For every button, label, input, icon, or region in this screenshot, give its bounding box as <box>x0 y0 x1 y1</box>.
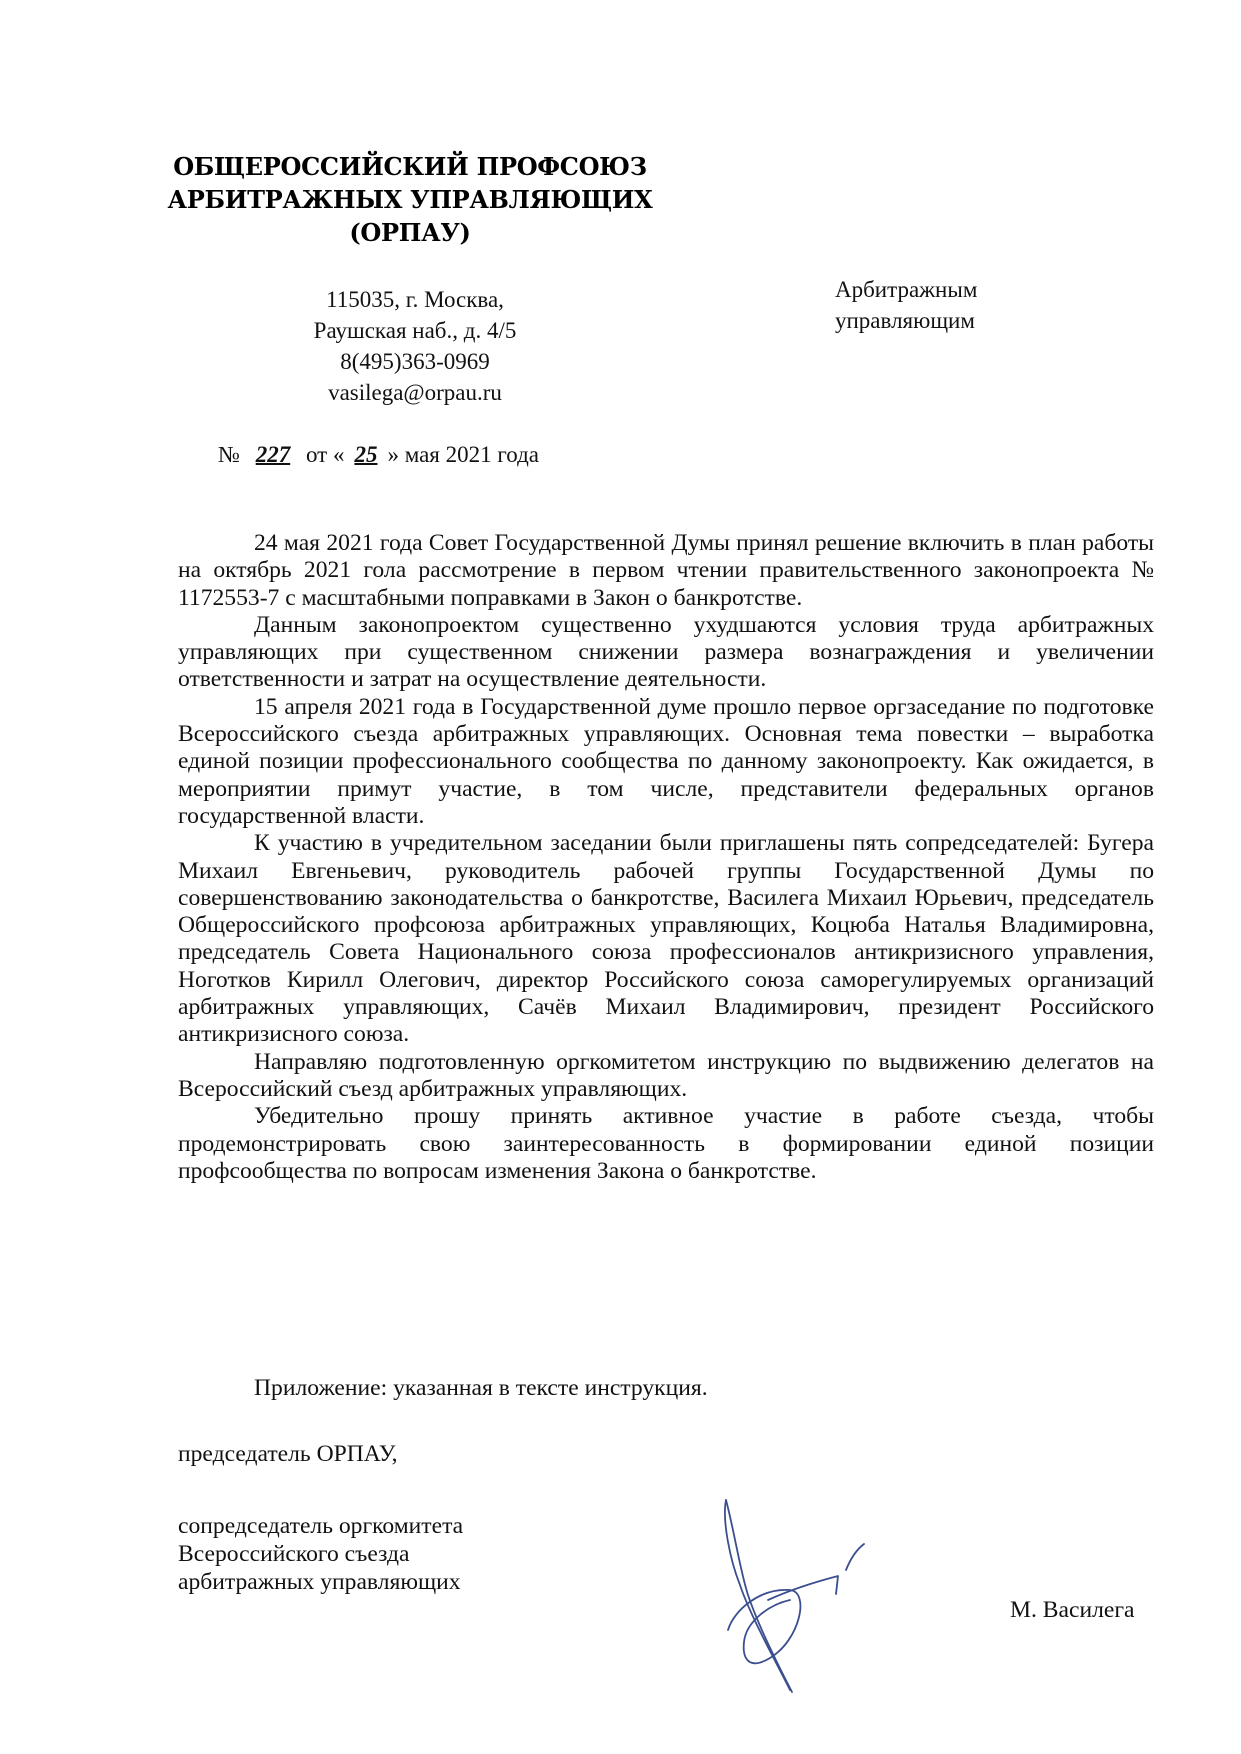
recipient-block: Арбитражным управляющим <box>835 274 1055 336</box>
attachment-note: Приложение: указанная в тексте инструкци… <box>254 1374 708 1402</box>
recipient-line: Арбитражным <box>835 274 1055 305</box>
organization-address: 115035, г. Москва, Раушская наб., д. 4/5… <box>230 284 600 408</box>
email-address: vasilega@orpau.ru <box>230 377 600 408</box>
document-day: 25 <box>344 442 387 467</box>
body-paragraph: Данным законопроектом существенно ухудша… <box>178 612 1154 694</box>
address-line: 115035, г. Москва, <box>230 284 600 315</box>
body-paragraph: 24 мая 2021 года Совет Государственной Д… <box>178 530 1154 612</box>
address-line: Раушская наб., д. 4/5 <box>230 315 600 346</box>
committee-title-line: арбитражных управляющих <box>178 1568 463 1596</box>
letter-page: ОБЩЕРОССИЙСКИЙ ПРОФСОЮЗ АРБИТРАЖНЫХ УПРА… <box>0 0 1241 1754</box>
body-paragraph: Направляю подготовленную оргкомитетом ин… <box>178 1049 1154 1104</box>
document-date-suffix: » мая 2021 года <box>387 442 539 467</box>
signer-title-committee: сопредседатель оргкомитета Всероссийског… <box>178 1512 463 1596</box>
phone-number: 8(495)363-0969 <box>230 346 600 377</box>
body-paragraph: Убедительно прошу принять активное участ… <box>178 1103 1154 1185</box>
number-sign: № <box>218 442 240 467</box>
recipient-line: управляющим <box>835 305 1055 336</box>
document-number-line: № 227 от «25» мая 2021 года <box>218 440 539 470</box>
signer-name: М. Василега <box>1010 1596 1134 1624</box>
org-name-line: ОБЩЕРОССИЙСКИЙ ПРОФСОЮЗ <box>150 150 670 183</box>
body-paragraph: 15 апреля 2021 года в Государственной ду… <box>178 694 1154 830</box>
committee-title-line: Всероссийского съезда <box>178 1540 463 1568</box>
committee-title-line: сопредседатель оргкомитета <box>178 1512 463 1540</box>
handwritten-signature-icon <box>720 1490 920 1700</box>
date-from-label: от « <box>306 442 345 467</box>
letter-body: 24 мая 2021 года Совет Государственной Д… <box>178 530 1154 1185</box>
document-number: 227 <box>246 442 301 467</box>
body-paragraph: К участию в учредительном заседании были… <box>178 830 1154 1048</box>
org-name-line: (ОРПАУ) <box>150 216 670 249</box>
org-name-line: АРБИТРАЖНЫХ УПРАВЛЯЮЩИХ <box>150 183 670 216</box>
organization-name: ОБЩЕРОССИЙСКИЙ ПРОФСОЮЗ АРБИТРАЖНЫХ УПРА… <box>150 150 670 249</box>
signer-title: председатель ОРПАУ, <box>178 1440 398 1468</box>
